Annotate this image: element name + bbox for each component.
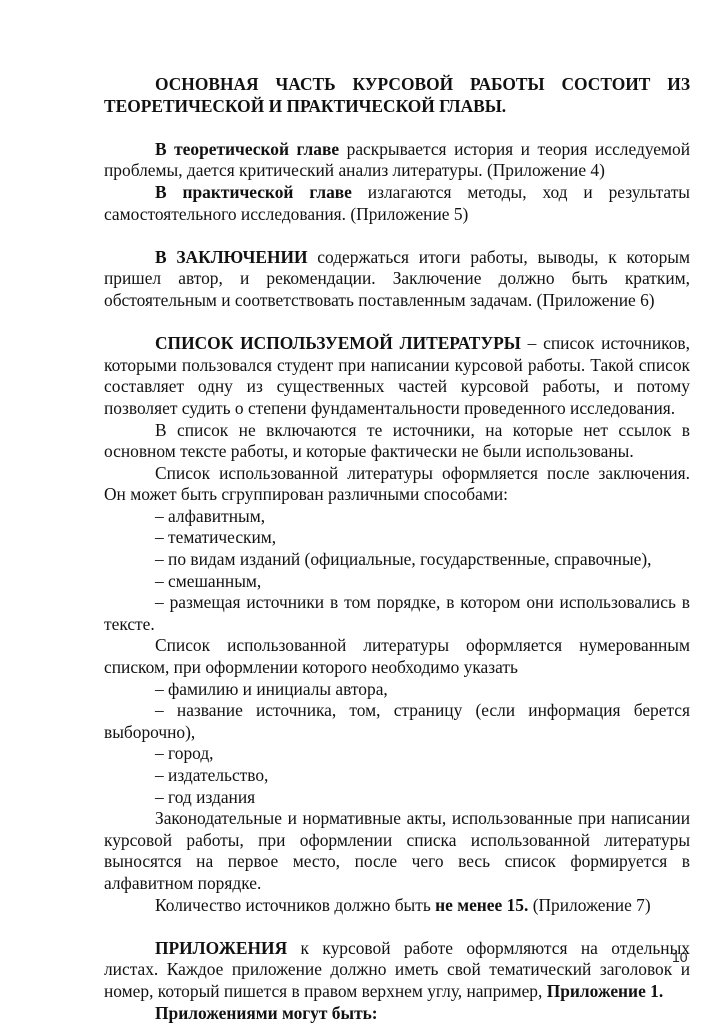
list-item: – город, [104, 743, 690, 765]
main-heading: ОСНОВНАЯ ЧАСТЬ КУРСОВОЙ РАБОТЫ СОСТОИТ И… [104, 74, 690, 117]
literature-exclusion-paragraph: В список не включаются те источники, на … [104, 420, 690, 463]
literature-grouping-paragraph: Список использованной литературы оформля… [104, 463, 690, 506]
count-tail: (Приложение 7) [528, 895, 650, 915]
legislative-acts-paragraph: Законодательные и нормативные акты, испо… [104, 808, 690, 894]
spacer [104, 117, 690, 139]
conclusion-bold: В ЗАКЛЮЧЕНИИ [155, 247, 308, 267]
list-item: – размещая источники в том порядке, в ко… [104, 592, 690, 635]
literature-paragraph: СПИСОК ИСПОЛЬЗУЕМОЙ ЛИТЕРАТУРЫ – список … [104, 333, 690, 419]
spacer [104, 916, 690, 938]
literature-numbered-paragraph: Список использованной литературы оформля… [104, 635, 690, 678]
appendices-bold: ПРИЛОЖЕНИЯ [155, 938, 287, 958]
list-item: – по видам изданий (официальные, государ… [104, 549, 690, 571]
practice-paragraph: В практической главе излагаются методы, … [104, 182, 690, 225]
source-count-paragraph: Количество источников должно быть не мен… [104, 895, 690, 917]
count-bold: не менее 15. [435, 895, 528, 915]
count-text: Количество источников должно быть [155, 895, 435, 915]
practice-bold: В практической главе [155, 182, 352, 202]
conclusion-paragraph: В ЗАКЛЮЧЕНИИ содержаться итоги работы, в… [104, 247, 690, 312]
page-number: 10 [672, 949, 688, 965]
appendix-example: Приложение 1. [547, 981, 664, 1001]
list-item: – год издания [104, 787, 690, 809]
spacer [104, 312, 690, 334]
appendices-paragraph: ПРИЛОЖЕНИЯ к курсовой работе оформляются… [104, 938, 690, 1003]
list-item: – издательство, [104, 765, 690, 787]
fields-list: – фамилию и инициалы автора, – название … [104, 679, 690, 809]
list-item: – название источника, том, страницу (есл… [104, 700, 690, 743]
spacer [104, 225, 690, 247]
list-item: – смешанным, [104, 571, 690, 593]
theory-paragraph: В теоретической главе раскрывается истор… [104, 139, 690, 182]
document-page: ОСНОВНАЯ ЧАСТЬ КУРСОВОЙ РАБОТЫ СОСТОИТ И… [104, 74, 690, 1024]
appendices-may-be: Приложениями могут быть: [104, 1003, 690, 1024]
list-item: – тематическим, [104, 527, 690, 549]
list-item: – фамилию и инициалы автора, [104, 679, 690, 701]
theory-bold: В теоретической главе [155, 139, 339, 159]
literature-bold: СПИСОК ИСПОЛЬЗУЕМОЙ ЛИТЕРАТУРЫ [155, 333, 521, 353]
list-item: – алфавитным, [104, 506, 690, 528]
grouping-list: – алфавитным, – тематическим, – по видам… [104, 506, 690, 636]
